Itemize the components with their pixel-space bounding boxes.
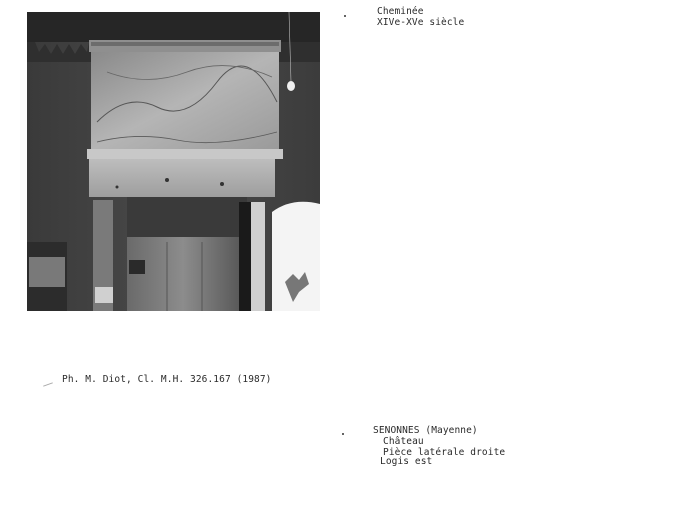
bullet-dot: [342, 433, 344, 435]
caption-period: XIVe-XVe siècle: [377, 17, 464, 28]
photo-credit: Ph. M. Diot, Cl. M.H. 326.167 (1987): [62, 374, 272, 385]
fireplace-photo: [27, 12, 320, 311]
location-wing: Logis est: [380, 456, 432, 467]
caption-title: Cheminée: [377, 6, 424, 17]
pencil-mark: [43, 382, 53, 386]
location-town: SENONNES (Mayenne): [373, 425, 478, 436]
bullet-dot: [344, 15, 346, 17]
location-building: Château: [383, 436, 424, 447]
